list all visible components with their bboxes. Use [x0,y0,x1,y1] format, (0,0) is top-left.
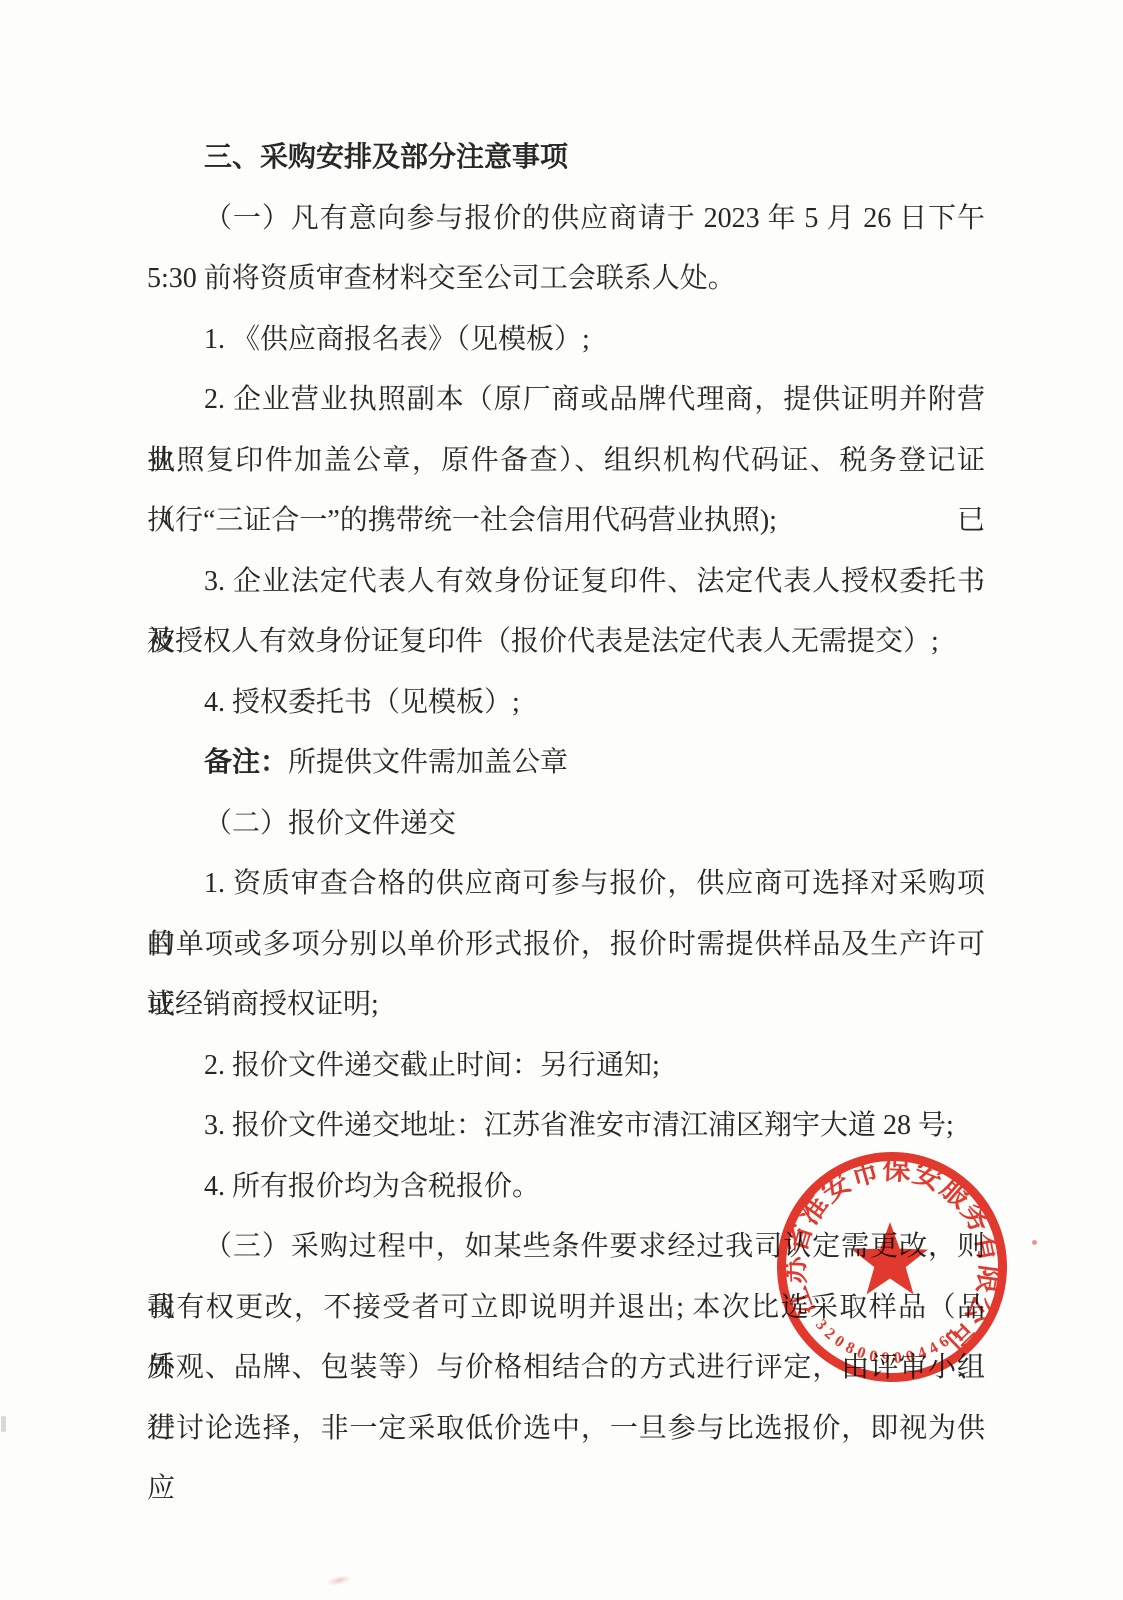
document-page: 三、采购安排及部分注意事项（一）凡有意向参与报价的供应商请于 2023 年 5 … [0,0,1123,1600]
company-seal: 江苏省淮安市保安服务有限公司 3208009004461 [772,1147,1012,1387]
text-line: 备注：所提供文件需加盖公章 [147,733,985,794]
text-line: 执照复印件加盖公章，原件备查）、组织机构代码证、税务登记证（已 [147,431,985,492]
text-line: 三、采购安排及部分注意事项 [147,128,985,189]
ink-dot [1032,1240,1037,1245]
text-line: （一）凡有意向参与报价的供应商请于 2023 年 5 月 26 日下午 [147,189,985,250]
text-line: 行讨论选择，非一定采取低价选中，一旦参与比选报价，即视为供应 [147,1399,985,1460]
text-line: 2. 报价文件递交截止时间：另行通知; [147,1036,985,1097]
text-line: 或经销商授权证明; [147,975,985,1036]
text-line: 3. 企业法定代表人有效身份证复印件、法定代表人授权委托书及 [147,552,985,613]
text-line: 1. 资质审查合格的供应商可参与报价，供应商可选择对采购项目 [147,854,985,915]
text-line: 5:30 前将资质审查材料交至公司工会联系人处。 [147,249,985,310]
scan-smudge [325,1573,352,1587]
company-seal-graphic: 江苏省淮安市保安服务有限公司 3208009004461 [772,1147,1012,1387]
scan-smudge [1,1416,6,1432]
line-bold-prefix: 备注： [204,747,288,778]
text-line: （二）报价文件递交 [147,794,985,855]
text-line: 被授权人有效身份证复印件（报价代表是法定代表人无需提交）; [147,612,985,673]
text-line: 4. 授权委托书（见模板）; [147,673,985,734]
text-line: 2. 企业营业执照副本（原厂商或品牌代理商，提供证明并附营业 [147,370,985,431]
text-line: 的单项或多项分别以单价形式报价，报价时需提供样品及生产许可证 [147,915,985,976]
line-text: 所提供文件需加盖公章 [288,747,568,778]
text-line: 1. 《供应商报名表》（见模板）; [147,310,985,371]
seal-star-icon [852,1222,928,1294]
